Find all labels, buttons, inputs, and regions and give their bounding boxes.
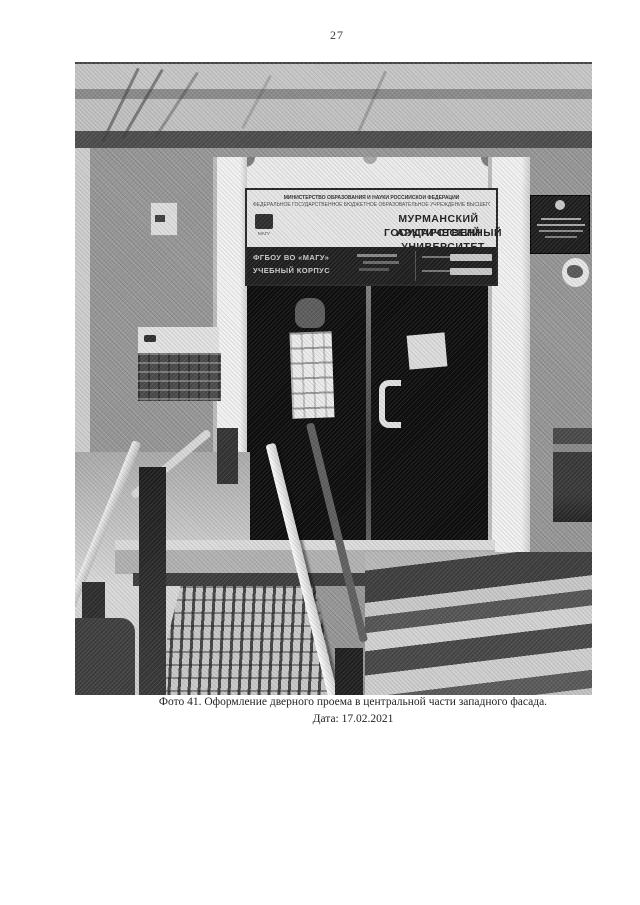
- trash-bin: [553, 428, 592, 522]
- sign-band-smallprint: [355, 253, 407, 277]
- door-notice: [407, 332, 448, 369]
- canopy: [75, 62, 592, 148]
- sign-band-schedule: [415, 251, 496, 281]
- step-bands: [365, 552, 592, 695]
- photo-figure: МИНИСТЕРСТВО ОБРАЗОВАНИЯ И НАУКИ РОССИЙС…: [75, 62, 592, 695]
- railing-post: [139, 467, 166, 695]
- portal-lintel: [213, 157, 530, 190]
- sign-band-text: ФГБОУ ВО «МАГУ» УЧЕБНЫЙ КОРПУС: [247, 247, 253, 284]
- sign-dark-band: ФГБОУ ВО «МАГУ» УЧЕБНЫЙ КОРПУС: [247, 247, 496, 284]
- door-handle: [379, 380, 401, 428]
- page-number: 27: [0, 28, 640, 43]
- sign-ministry-line: ФЕДЕРАЛЬНОЕ ГОСУДАРСТВЕННОЕ БЮДЖЕТНОЕ ОБ…: [253, 202, 490, 208]
- plaque-emblem-icon: [555, 200, 565, 210]
- university-name: МУРМАНСКИЙ АРКТИЧЕСКИЙ ГОСУДАРСТВЕННЫЙ У…: [275, 212, 493, 226]
- caption-line2: Дата: 17.02.2021: [88, 711, 618, 728]
- university-logo-icon: [255, 214, 273, 229]
- info-board-header: [138, 327, 219, 353]
- sign-band-line1: ФГБОУ ВО «МАГУ»: [253, 251, 329, 264]
- railing-post: [335, 648, 363, 695]
- university-sign: МИНИСТЕРСТВО ОБРАЗОВАНИЯ И НАУКИ РОССИЙС…: [245, 188, 498, 286]
- steps-right: [365, 552, 592, 695]
- info-board: [138, 353, 221, 401]
- caption-line1: Фото 41. Оформление дверного проема в це…: [88, 694, 618, 711]
- foreground-post: [75, 618, 135, 695]
- door-notices: [290, 331, 335, 418]
- sign-band-line2: УЧЕБНЫЙ КОРПУС: [253, 264, 330, 277]
- document-page: 27 МИНИСТЕРСТВО ОБРАЗОВАНИЯ И НАУКИ РОСС…: [0, 0, 640, 905]
- door-gap: [366, 286, 371, 552]
- lintel-stain: [363, 157, 377, 164]
- no-smoking-sign: [562, 258, 589, 287]
- university-logo-label: МАГУ: [254, 231, 274, 236]
- railing-post: [217, 428, 238, 484]
- photo-caption: Фото 41. Оформление дверного проема в це…: [88, 694, 618, 728]
- wall-small-sign: [150, 202, 178, 236]
- sign-ministry-line: МИНИСТЕРСТВО ОБРАЗОВАНИЯ И НАУКИ РОССИЙС…: [253, 195, 490, 201]
- wall-plaque: [530, 195, 590, 254]
- door-sign-shadow: [295, 298, 325, 328]
